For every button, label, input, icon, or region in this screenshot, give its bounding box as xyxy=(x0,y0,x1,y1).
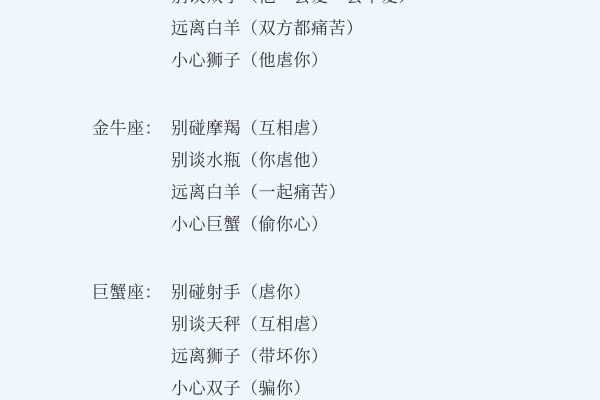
advice-line: 远离狮子（带坏你） xyxy=(171,346,329,368)
zodiac-advice-document: 别谈双子（他一会爱一会不爱） 远离白羊（双方都痛苦） 小心狮子（他虐你） 金牛座… xyxy=(0,0,600,400)
advice-line: 别碰摩羯（互相虐） xyxy=(171,118,329,140)
sign-label-taurus: 金牛座： xyxy=(92,118,162,140)
advice-line: 别谈水瓶（你虐他） xyxy=(171,150,329,172)
advice-line: 远离白羊（双方都痛苦） xyxy=(171,18,364,40)
advice-line: 别碰射手（虐你） xyxy=(171,282,311,304)
advice-line: 远离白羊（一起痛苦） xyxy=(171,182,346,204)
advice-line: 小心双子（骗你） xyxy=(171,378,311,400)
advice-line: 别谈天秤（互相虐） xyxy=(171,314,329,336)
sign-label-cancer: 巨蟹座： xyxy=(92,282,162,304)
advice-line: 小心狮子（他虐你） xyxy=(171,50,329,72)
advice-line: 小心巨蟹（偷你心） xyxy=(171,214,329,236)
advice-line: 别谈双子（他一会爱一会不爱） xyxy=(171,0,416,8)
